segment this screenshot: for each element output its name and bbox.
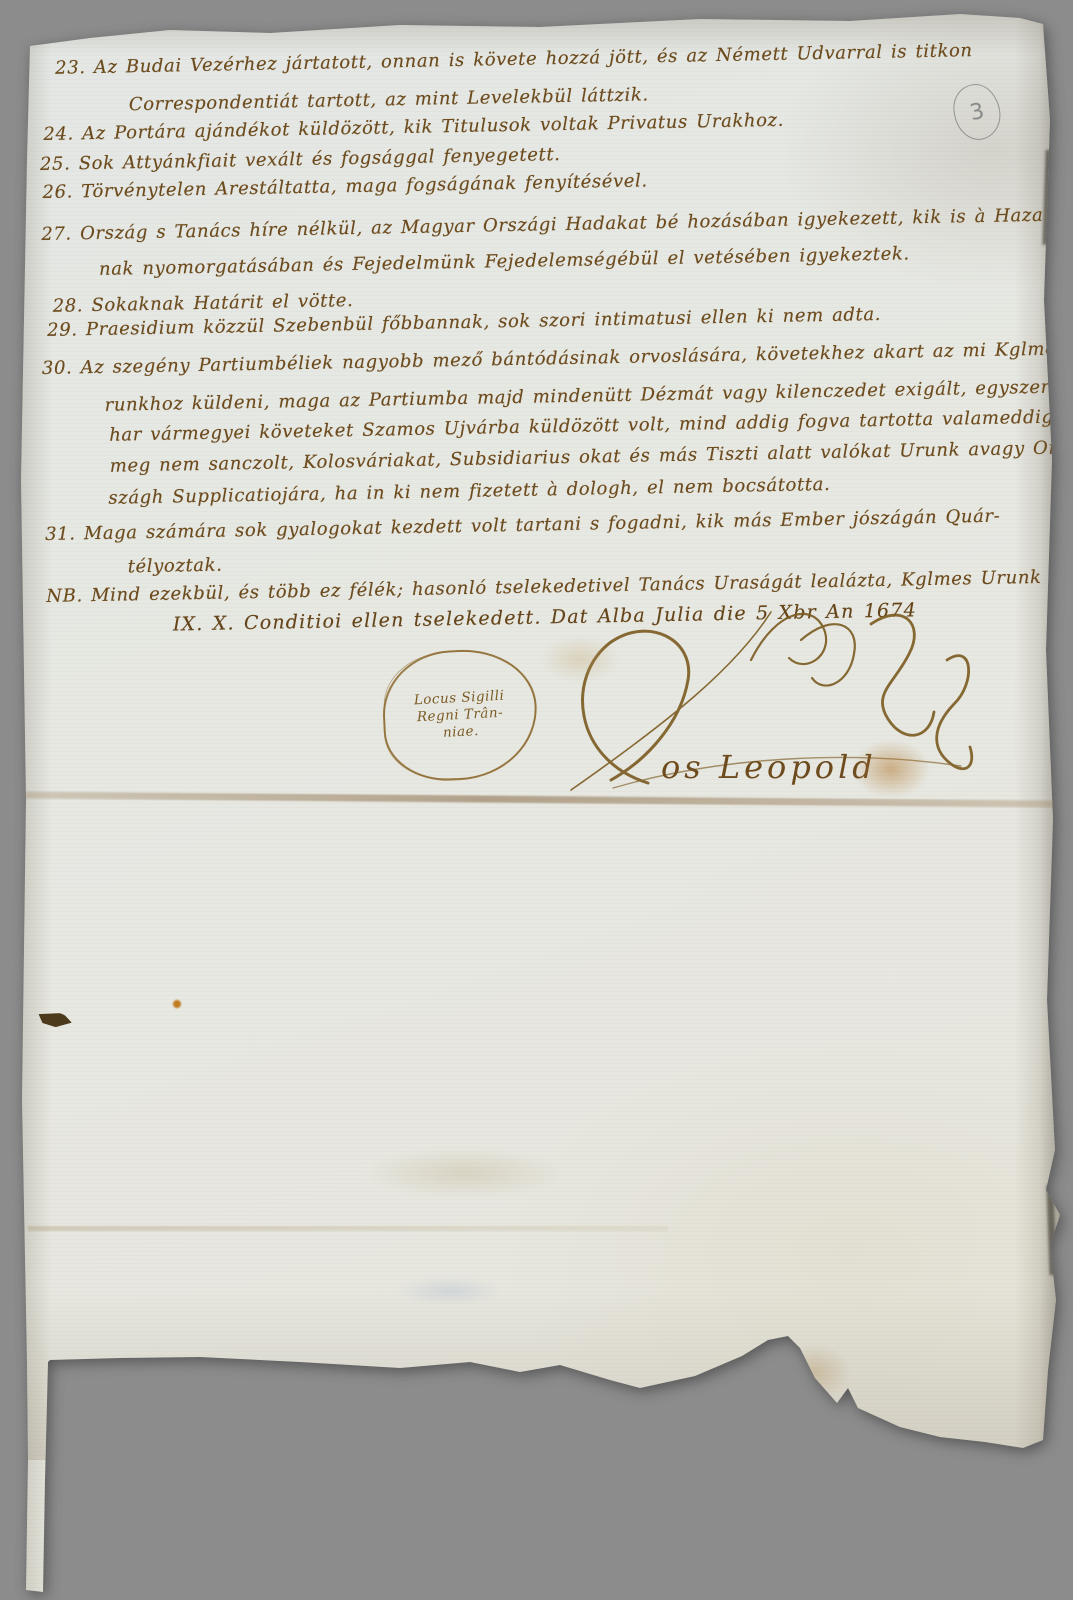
signature-flourish: os Leopold	[553, 598, 983, 803]
seal-text-line1: Locus Sigilli	[413, 687, 504, 709]
line-item-23b: Correspondentiát tartott, az mint Levele…	[129, 84, 649, 115]
manuscript-paper: 23. Az Budai Vezérhez jártatott, onnan i…	[0, 0, 1073, 1600]
line-item-24: 24. Az Portára ajándékot küldözött, kik …	[43, 110, 784, 145]
line-item-23a: 23. Az Budai Vezérhez jártatott, onnan i…	[55, 40, 973, 79]
page-number-value: 3	[968, 98, 987, 125]
seal-text-line2: Regni Trân-	[416, 704, 503, 725]
line-item-30a: 30. Az szegény Partiumbéliek nagyobb mez…	[42, 338, 1073, 379]
seal-text-line3: niae.	[443, 723, 480, 742]
line-item-30d: meg nem sanczolt, Kolosváriakat, Subsidi…	[110, 437, 1065, 476]
line-item-25: 25. Sok Attyánkfiait vexált és fogsággal…	[40, 144, 561, 175]
scanned-manuscript-page: { "scan": { "background_color": "#8c8c8c…	[0, 0, 1073, 1600]
signature-block: os Leopold	[553, 598, 983, 803]
line-item-31a: 31. Maga számára sok gyalogokat kezdett …	[45, 506, 1001, 545]
paper-sheet-wrapper: 23. Az Budai Vezérhez jártatott, onnan i…	[0, 0, 1073, 1600]
line-item-30e: szágh Supplicatiojára, ha in ki nem fize…	[108, 474, 830, 509]
line-item-31b: télyoztak.	[128, 555, 223, 578]
line-item-26: 26. Törvénytelen Arestáltatta, maga fogs…	[42, 170, 648, 203]
signature-text: os Leopold	[661, 748, 877, 786]
fold-crease-secondary	[28, 1226, 668, 1231]
line-item-27b: nak nyomorgatásában és Fejedelmünk Fejed…	[99, 243, 910, 280]
line-item-27a: 27. Ország s Tanács híre nélkül, az Magy…	[41, 204, 1073, 245]
line-item-28: 28. Sokaknak Határit el vötte.	[53, 290, 354, 317]
